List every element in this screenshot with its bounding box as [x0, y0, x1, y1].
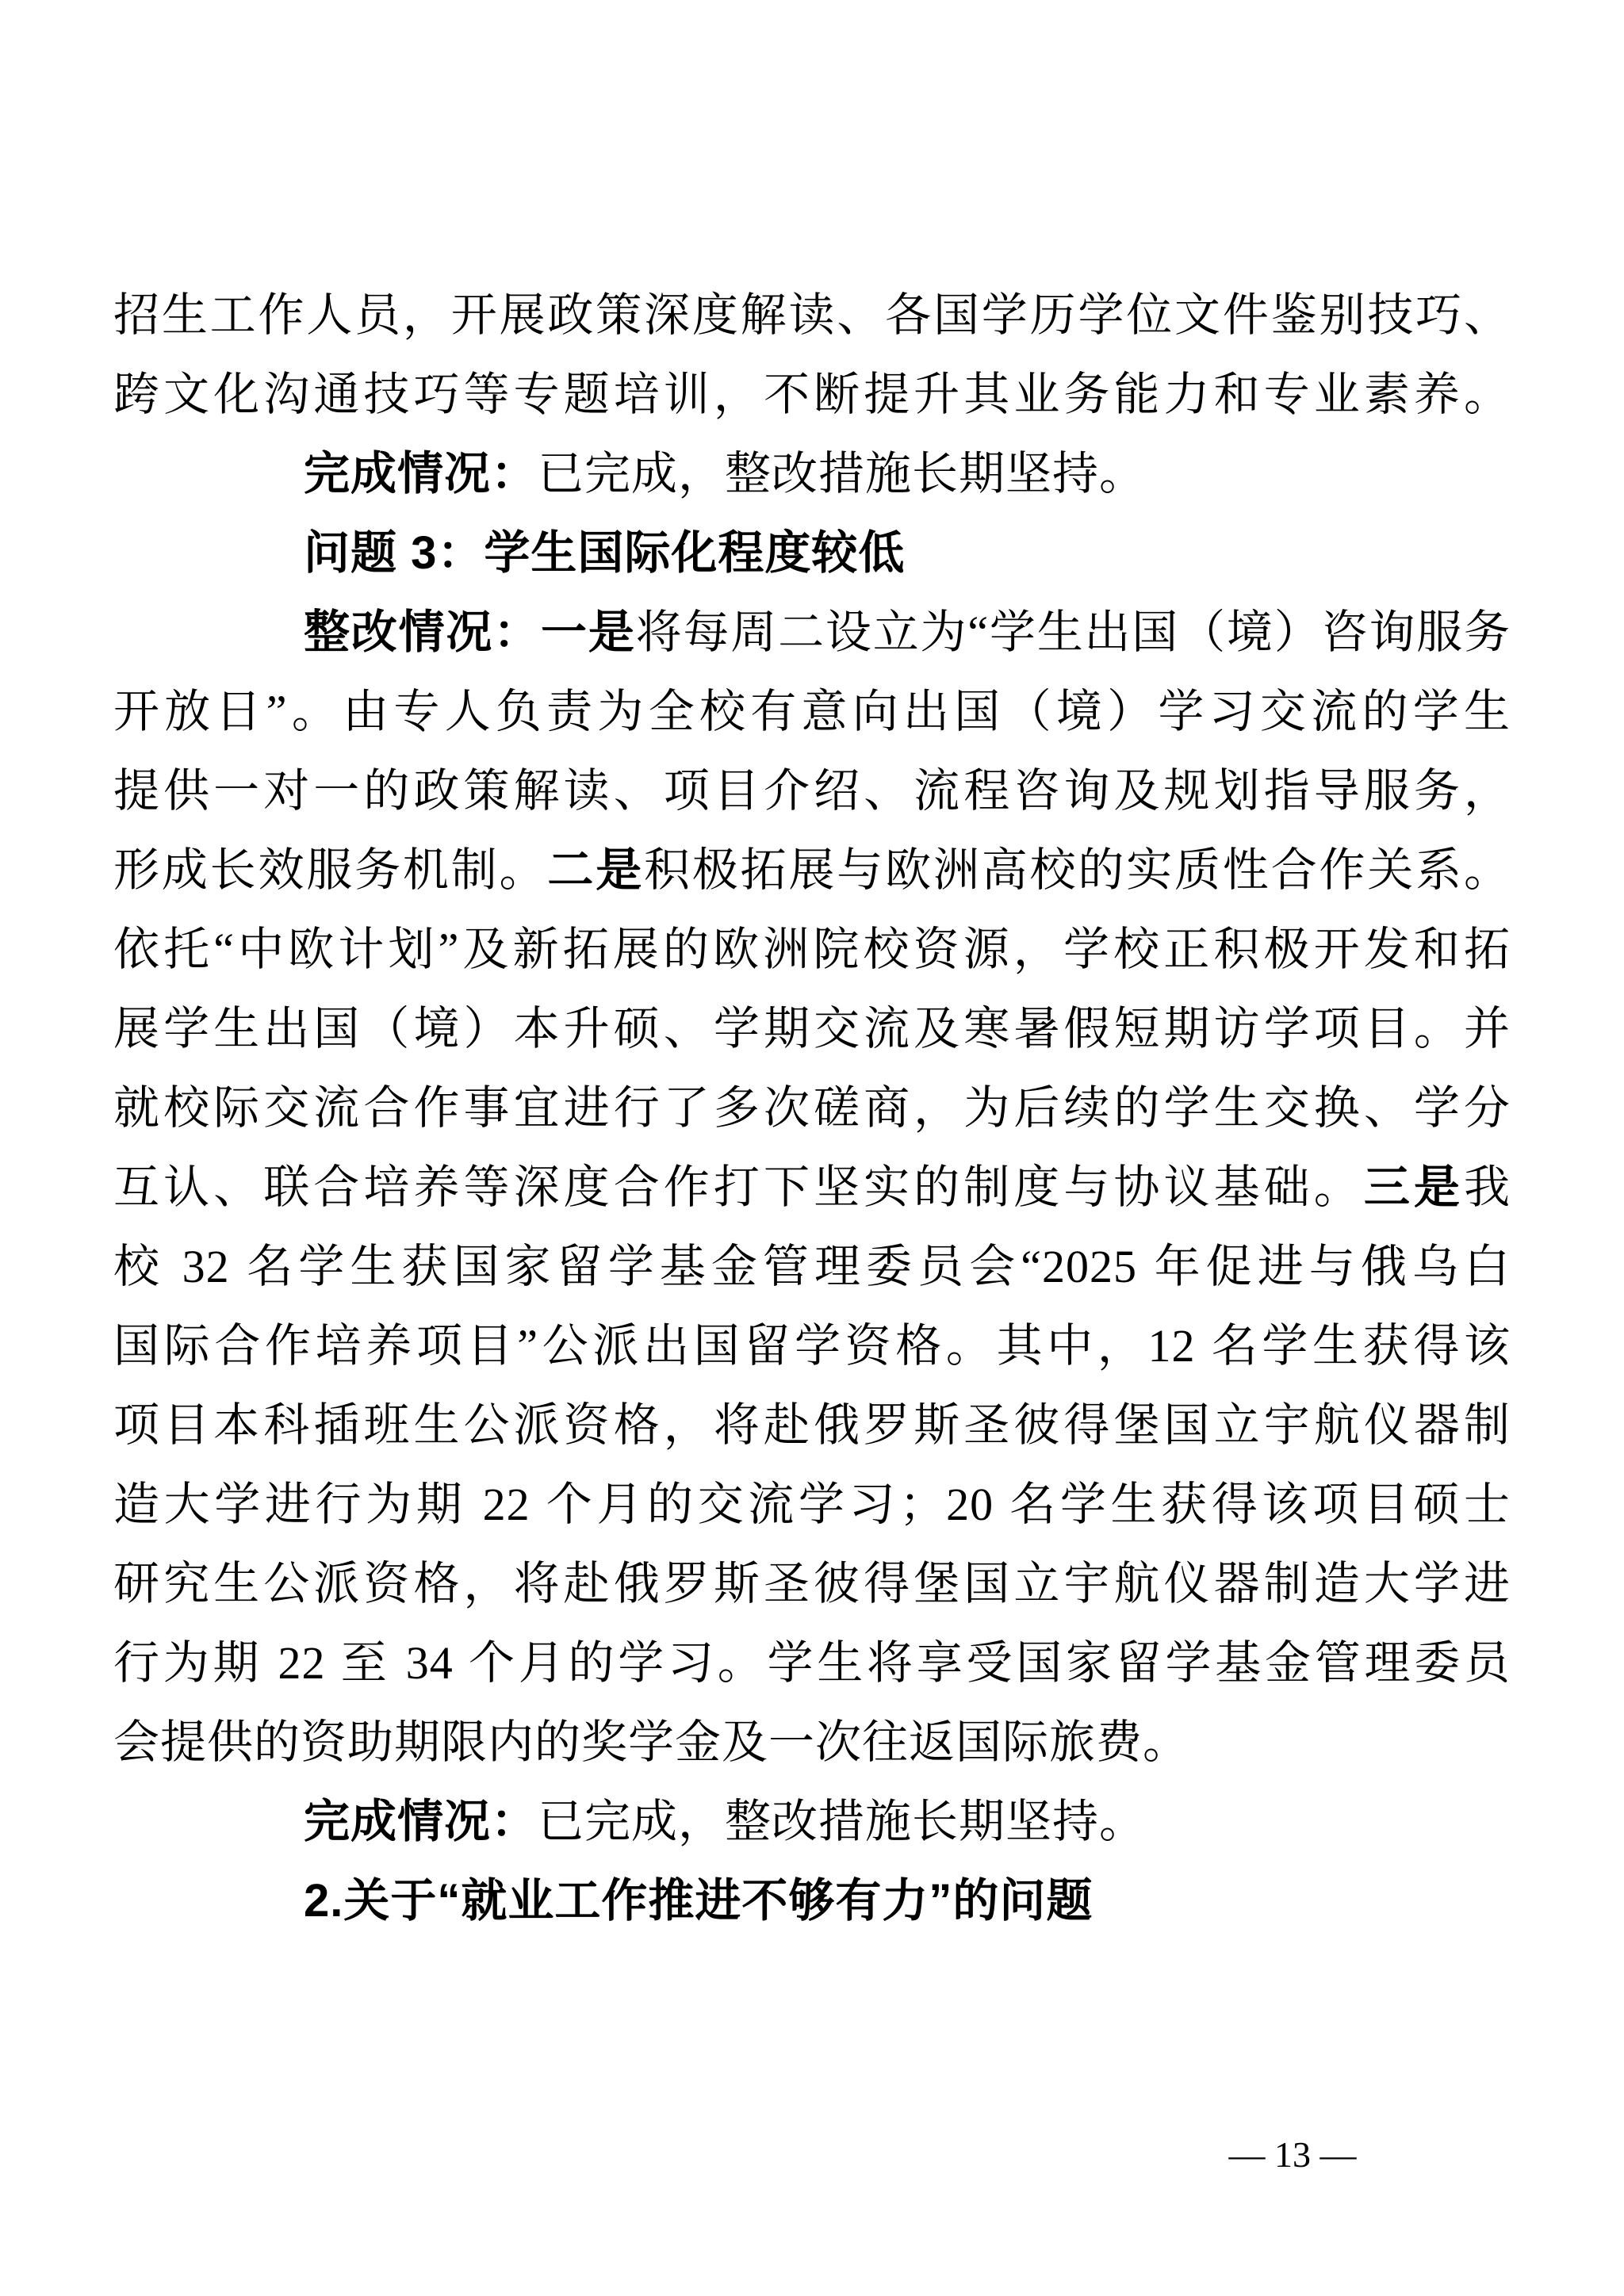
text-line: 2.关于“就业工作推进不够有力”的问题: [113, 1862, 1511, 1941]
body-text: 互认、联合培养等深度合作打下坚实的制度与协议基础。: [113, 1161, 1364, 1213]
text-line: 展学生出国（境）本升硕、学期交流及寒暑假短期访学项目。并: [113, 989, 1511, 1069]
body-text: 行为期 22 至 34 个月的学习。学生将享受国家留学基金管理委员: [113, 1637, 1511, 1689]
body-text: 形成长效服务机制。: [113, 844, 547, 896]
body-text: 招生工作人员，开展政策深度解读、各国学历学位文件鉴别技巧、: [113, 289, 1511, 341]
body-text: 校 32 名学生获国家留学基金管理委员会“2025 年促进与俄乌白: [113, 1241, 1511, 1292]
text-line: 国际合作培养项目”公派出国留学资格。其中，12 名学生获得该: [113, 1307, 1511, 1386]
body-text: 已完成，整改措施长期坚持。: [538, 1796, 1146, 1847]
body-text: 积极拓展与欧洲高校的实质性合作关系。: [644, 844, 1511, 896]
text-line: 整改情况：一是将每周二设立为“学生出国（境）咨询服务: [113, 593, 1511, 672]
body-text: 我: [1464, 1161, 1511, 1213]
document-body: 招生工作人员，开展政策深度解读、各国学历学位文件鉴别技巧、跨文化沟通技巧等专题培…: [113, 276, 1511, 1941]
body-text: 已完成，整改措施长期坚持。: [538, 448, 1146, 499]
body-text: 将每周二设立为“学生出国（境）咨询服务: [636, 607, 1511, 658]
text-line: 互认、联合培养等深度合作打下坚实的制度与协议基础。三是我: [113, 1148, 1511, 1227]
text-line: 完成情况：已完成，整改措施长期坚持。: [113, 1782, 1511, 1862]
text-line: 问题 3：学生国际化程度较低: [113, 514, 1511, 593]
text-line: 校 32 名学生获国家留学基金管理委员会“2025 年促进与俄乌白: [113, 1227, 1511, 1307]
text-line: 依托“中欧计划”及新拓展的欧洲院校资源，学校正积极开发和拓: [113, 910, 1511, 989]
body-text: 造大学进行为期 22 个月的交流学习；20 名学生获得该项目硕士: [113, 1479, 1511, 1530]
emphasized-text: 2.关于“就业工作推进不够有力”的问题: [304, 1875, 1093, 1927]
text-line: 形成长效服务机制。二是积极拓展与欧洲高校的实质性合作关系。: [113, 831, 1511, 910]
body-text: 会提供的资助期限内的奖学金及一次往返国际旅费。: [113, 1716, 1189, 1768]
page-number: — 13 —: [1205, 2131, 1380, 2179]
emphasized-text: 问题 3：学生国际化程度较低: [304, 527, 905, 579]
emphasized-text: 二是: [547, 844, 644, 896]
emphasized-text: 完成情况：: [304, 448, 538, 499]
text-line: 提供一对一的政策解读、项目介绍、流程咨询及规划指导服务，: [113, 752, 1511, 831]
body-text: 提供一对一的政策解读、项目介绍、流程咨询及规划指导服务，: [113, 765, 1511, 817]
body-text: 研究生公派资格，将赴俄罗斯圣彼得堡国立宇航仪器制造大学进: [113, 1558, 1511, 1609]
emphasized-text: 三是: [1364, 1161, 1464, 1213]
emphasized-text: 一是: [541, 607, 636, 658]
body-text: 跨文化沟通技巧等专题培训，不断提升其业务能力和专业素养。: [113, 369, 1511, 420]
text-line: 跨文化沟通技巧等专题培训，不断提升其业务能力和专业素养。: [113, 355, 1511, 434]
body-text: 开放日”。由专人负责为全校有意向出国（境）学习交流的学生: [113, 686, 1511, 737]
body-text: 依托“中欧计划”及新拓展的欧洲院校资源，学校正积极开发和拓: [113, 924, 1511, 975]
text-line: 会提供的资助期限内的奖学金及一次往返国际旅费。: [113, 1703, 1511, 1782]
text-line: 项目本科插班生公派资格，将赴俄罗斯圣彼得堡国立宇航仪器制: [113, 1386, 1511, 1465]
text-line: 研究生公派资格，将赴俄罗斯圣彼得堡国立宇航仪器制造大学进: [113, 1544, 1511, 1624]
body-text: 国际合作培养项目”公派出国留学资格。其中，12 名学生获得该: [113, 1320, 1511, 1372]
emphasized-text: 完成情况：: [304, 1796, 538, 1847]
text-line: 行为期 22 至 34 个月的学习。学生将享受国家留学基金管理委员: [113, 1624, 1511, 1703]
text-line: 招生工作人员，开展政策深度解读、各国学历学位文件鉴别技巧、: [113, 276, 1511, 355]
body-text: 项目本科插班生公派资格，将赴俄罗斯圣彼得堡国立宇航仪器制: [113, 1399, 1511, 1451]
body-text: 展学生出国（境）本升硕、学期交流及寒暑假短期访学项目。并: [113, 1003, 1511, 1054]
text-line: 造大学进行为期 22 个月的交流学习；20 名学生获得该项目硕士: [113, 1465, 1511, 1544]
text-line: 就校际交流合作事宜进行了多次磋商，为后续的学生交换、学分: [113, 1069, 1511, 1148]
body-text: 就校际交流合作事宜进行了多次磋商，为后续的学生交换、学分: [113, 1082, 1511, 1134]
text-line: 开放日”。由专人负责为全校有意向出国（境）学习交流的学生: [113, 672, 1511, 752]
text-line: 完成情况：已完成，整改措施长期坚持。: [113, 434, 1511, 514]
emphasized-text: 整改情况：: [304, 607, 541, 658]
document-page: 招生工作人员，开展政策深度解读、各国学历学位文件鉴别技巧、跨文化沟通技巧等专题培…: [0, 0, 1624, 2296]
